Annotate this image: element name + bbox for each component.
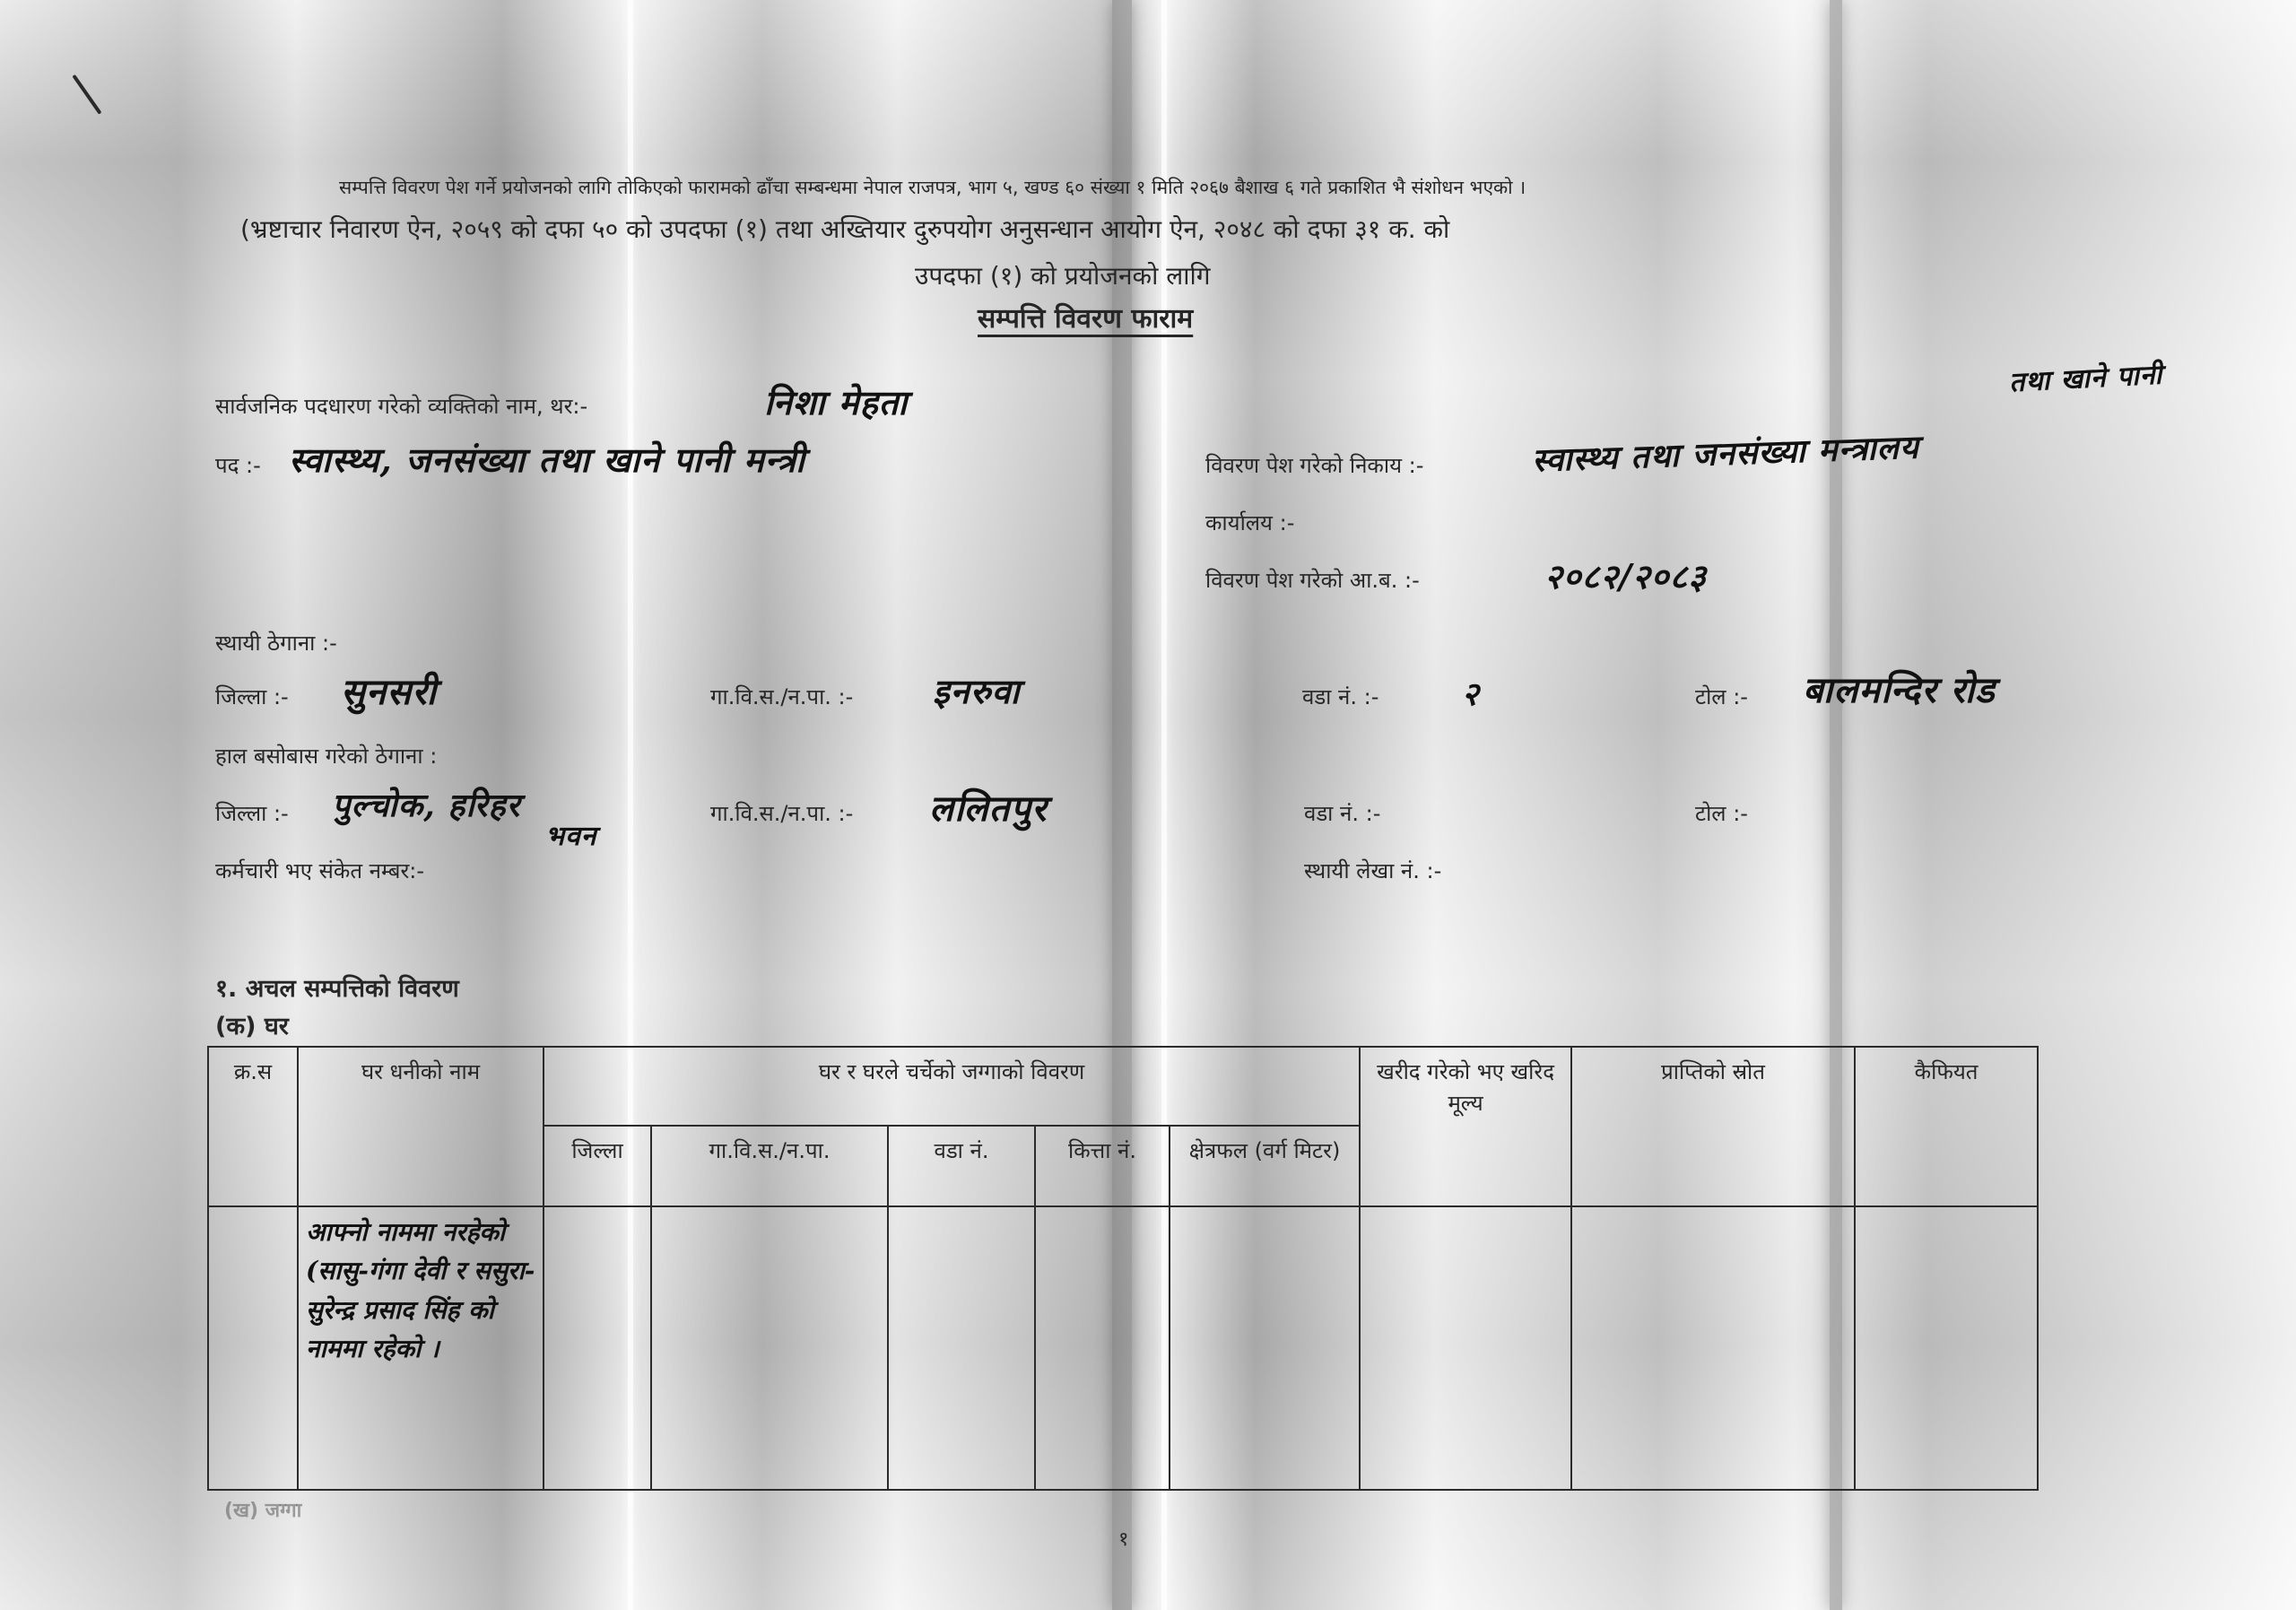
table-row: आफ्नो नाममा नरहेको (सासु-गंगा देवी र ससु… (208, 1206, 2038, 1490)
fiscal-year-value: २०८२/२०८३ (1544, 553, 1707, 599)
subheader-vdc: गा.वि.स./न.पा. (651, 1126, 888, 1206)
perm-ward-label: वडा नं. :- (1302, 682, 1378, 711)
post-value: स्वास्थ्य, जनसंख्या तथा खाने पानी मन्त्र… (289, 436, 805, 483)
cell-purchase-value (1360, 1206, 1571, 1490)
page-number: १ (1118, 1525, 1128, 1552)
legal-basis-line1: (भ्रष्टाचार निवारण ऐन, २०५९ को दफा ५० को… (240, 212, 1449, 246)
current-address-heading: हाल बसोबास गरेको ठेगाना : (215, 741, 437, 770)
subheader-kitta: कित्ता नं. (1035, 1126, 1170, 1206)
name-label: सार्वजनिक पदधारण गरेको व्यक्तिको नाम, थर… (215, 391, 587, 421)
form-title: सम्पत्ति विवरण फाराम (978, 299, 1193, 335)
curr-ward-label: वडा नं. :- (1304, 798, 1380, 828)
subheader-area: क्षेत्रफल (वर्ग मिटर) (1170, 1126, 1360, 1206)
header-owner-name: घर धनीको नाम (298, 1047, 544, 1206)
perm-vdc-value: इनरुवा (933, 667, 1020, 714)
employee-code-label: कर्मचारी भए संकेत नम्बर:- (215, 856, 424, 885)
cell-area (1170, 1206, 1360, 1490)
name-value: निशा मेहता (764, 379, 908, 425)
perm-tole-value: बालमन्दिर रोड (1803, 664, 1996, 713)
table-header-row: क्र.स घर धनीको नाम घर र घरले चर्चेको जग्… (208, 1047, 2038, 1126)
curr-tole-label: टोल :- (1695, 798, 1748, 828)
submitting-body-label: विवरण पेश गरेको निकाय :- (1205, 450, 1423, 480)
header-purchase-value: खरीद गरेको भए खरिद मूल्य (1360, 1047, 1571, 1206)
gazette-note: सम्पत्ति विवरण पेश गर्ने प्रयोजनको लागि … (339, 175, 1526, 200)
subheader-district: जिल्ला (544, 1126, 651, 1206)
perm-district-label: जिल्ला :- (215, 682, 289, 711)
cell-district (544, 1206, 651, 1490)
perm-vdc-label: गा.वि.स./न.पा. :- (710, 682, 853, 711)
house-details-table: क्र.स घर धनीको नाम घर र घरले चर्चेको जग्… (207, 1046, 2039, 1491)
curr-district-label: जिल्ला :- (215, 798, 289, 828)
permanent-address-heading: स्थायी ठेगाना :- (215, 628, 337, 657)
header-remarks: कैफियत (1855, 1047, 2038, 1206)
office-label: कार्यालय :- (1205, 508, 1294, 537)
curr-vdc-label: गा.वि.स./न.पा. :- (710, 798, 853, 828)
cell-vdc (651, 1206, 888, 1490)
section-heading: १. अचल सम्पत्तिको विवरण (215, 970, 459, 1004)
header-acquisition-source: प्राप्तिको स्रोत (1571, 1047, 1855, 1206)
perm-tole-label: टोल :- (1695, 682, 1748, 711)
curr-vdc-value: ललितपुर (929, 782, 1047, 831)
cell-ward (888, 1206, 1035, 1490)
cell-sn (208, 1206, 298, 1490)
perm-district-value: सुनसरी (341, 666, 437, 715)
legal-basis-line2: उपदफा (१) को प्रयोजनको लागि (915, 258, 1210, 292)
curr-district-value-line2: भवन (545, 816, 596, 853)
curr-district-value: पुल्चोक, हरिहर (332, 782, 520, 826)
cell-owner-name: आफ्नो नाममा नरहेको (सासु-गंगा देवी र ससु… (298, 1206, 544, 1490)
post-label: पद :- (215, 450, 261, 480)
fiscal-year-label: विवरण पेश गरेको आ.ब. :- (1205, 565, 1420, 595)
cell-kitta (1035, 1206, 1170, 1490)
cell-remarks (1855, 1206, 2038, 1490)
subheader-ward: वडा नं. (888, 1126, 1035, 1206)
perm-ward-value: २ (1462, 671, 1480, 715)
pan-label: स्थायी लेखा नं. :- (1304, 856, 1441, 885)
header-land-details: घर र घरले चर्चेको जग्गाको विवरण (544, 1047, 1360, 1126)
header-sn: क्र.स (208, 1047, 298, 1206)
cell-acquisition-source (1571, 1206, 1855, 1490)
faded-next-section-label: (ख) जग्गा (224, 1496, 301, 1523)
section-subheading: (क) घर (215, 1008, 289, 1041)
